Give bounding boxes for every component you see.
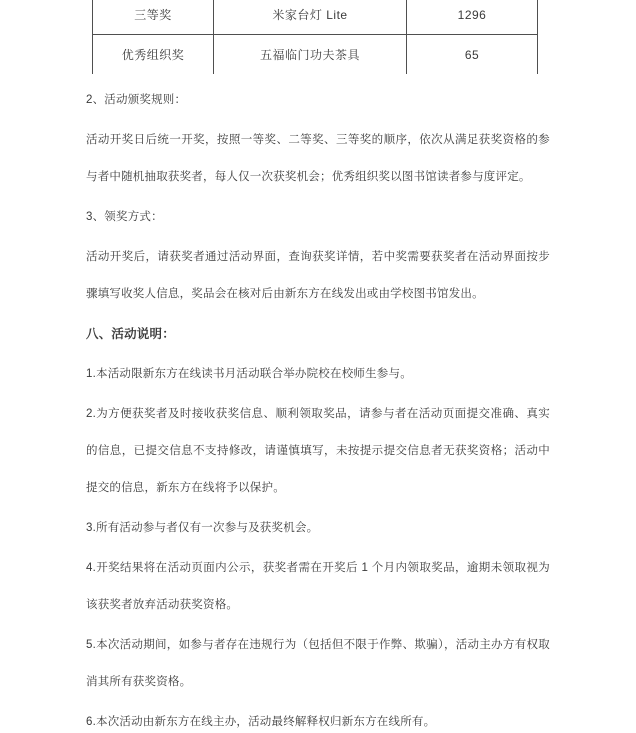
document-body: 2、活动颁奖规则： 活动开奖日后统一开奖，按照一等奖、二等奖、三等奖的顺序，依次… [86,82,550,733]
paragraph-claim-method: 活动开奖后，请获奖者通过活动界面，查询获奖详情，若中奖需要获奖者在活动界面按步骤… [86,239,550,313]
paragraph-award-rules: 活动开奖日后统一开奖，按照一等奖、二等奖、三等奖的顺序，依次从满足获奖资格的参与… [86,122,550,196]
prize-name-cell: 米家台灯 Lite [214,0,407,35]
section-heading-claim-method: 3、领奖方式： [86,199,550,236]
note-item-6: 6.本次活动由新东方在线主办，活动最终解释权归新东方在线所有。 [86,704,550,733]
table-row: 三等奖 米家台灯 Lite 1296 [93,0,538,35]
note-item-1: 1.本活动限新东方在线读书月活动联合举办院校在校师生参与。 [86,356,550,393]
section-heading-activity-notes: 八、活动说明： [86,316,550,353]
section-heading-award-rules: 2、活动颁奖规则： [86,82,550,119]
prize-quantity-cell: 1296 [407,0,538,35]
note-item-4: 4.开奖结果将在活动页面内公示，获奖者需在开奖后 1 个月内领取奖品，逾期未领取… [86,550,550,624]
prize-level-cell: 三等奖 [93,0,214,35]
prize-quantity-cell: 65 [407,35,538,75]
note-item-5: 5.本次活动期间，如参与者存在违规行为（包括但不限于作弊、欺骗），活动主办方有权… [86,627,550,701]
prize-table-container: 三等奖 米家台灯 Lite 1296 优秀组织奖 五福临门功夫茶具 65 [92,0,539,74]
prize-table: 三等奖 米家台灯 Lite 1296 优秀组织奖 五福临门功夫茶具 65 [92,0,538,74]
note-item-3: 3.所有活动参与者仅有一次参与及获奖机会。 [86,510,550,547]
table-row: 优秀组织奖 五福临门功夫茶具 65 [93,35,538,75]
prize-name-cell: 五福临门功夫茶具 [214,35,407,75]
prize-level-cell: 优秀组织奖 [93,35,214,75]
note-item-2: 2.为方便获奖者及时接收获奖信息、顺利领取奖品，请参与者在活动页面提交准确、真实… [86,396,550,507]
document-page: 三等奖 米家台灯 Lite 1296 优秀组织奖 五福临门功夫茶具 65 2、活… [0,0,636,733]
